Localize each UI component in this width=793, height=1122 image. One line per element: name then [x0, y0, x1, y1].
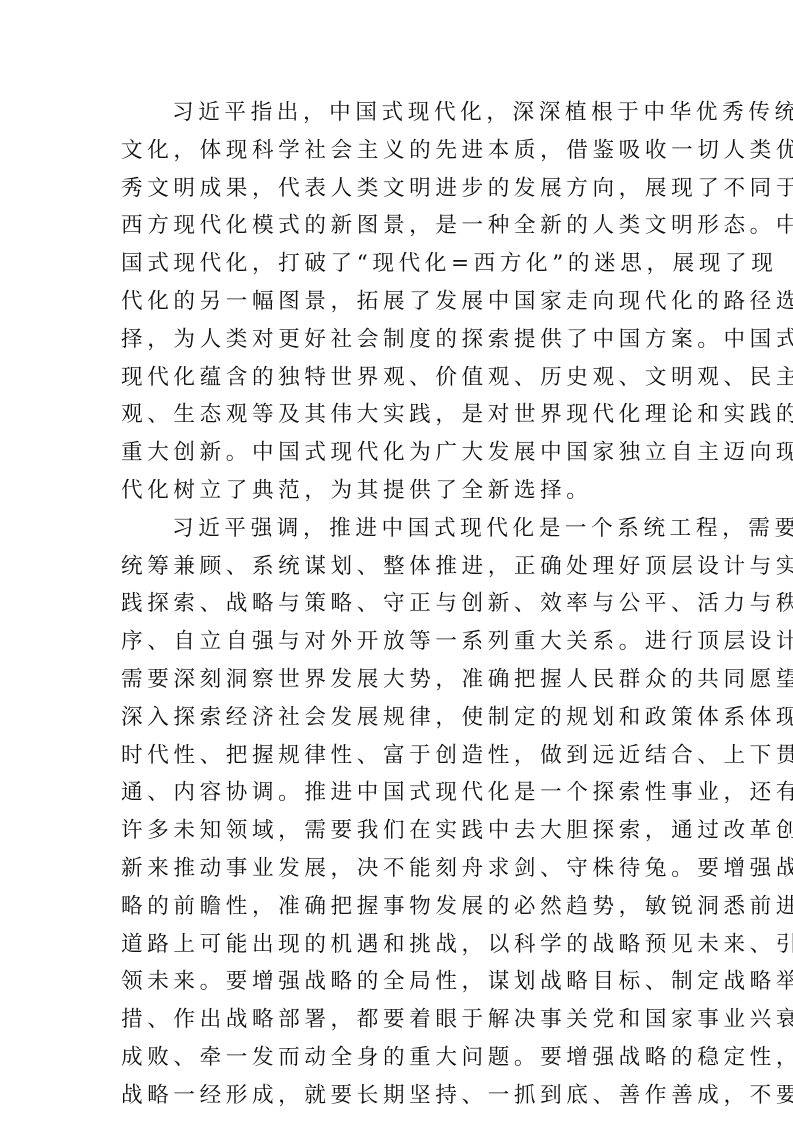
text-line: 道路上可能出现的机遇和挑战，以科学的战略预见未来、引	[121, 926, 673, 964]
document-body: 习近平指出，中国式现代化，深深植根于中华优秀传统 文化，体现科学社会主义的先进本…	[121, 94, 673, 1115]
text-line: 国式现代化，打破了“现代化=西方化”的迷思，展现了现	[121, 245, 673, 283]
text-line: 序、自立自强与对外开放等一系列重大关系。进行顶层设计，	[121, 623, 673, 661]
text-line: 领未来。要增强战略的全局性，谋划战略目标、制定战略举	[121, 963, 673, 1001]
paragraph-2: 习近平强调，推进中国式现代化是一个系统工程，需要 统筹兼顾、系统谋划、整体推进，…	[121, 510, 673, 1115]
text-line: 代化的另一幅图景，拓展了发展中国家走向现代化的路径选	[121, 283, 673, 321]
text-line: 通、内容协调。推进中国式现代化是一个探索性事业，还有	[121, 774, 673, 812]
text-line: 成败、牵一发而动全身的重大问题。要增强战略的稳定性，	[121, 1039, 673, 1077]
text-line: 择，为人类对更好社会制度的探索提供了中国方案。中国式	[121, 321, 673, 359]
text-line: 代化树立了典范，为其提供了全新选择。	[121, 472, 673, 510]
text-line: 措、作出战略部署，都要着眼于解决事关党和国家事业兴衰	[121, 1001, 673, 1039]
text-line: 文化，体现科学社会主义的先进本质，借鉴吸收一切人类优	[121, 132, 673, 170]
text-line: 统筹兼顾、系统谋划、整体推进，正确处理好顶层设计与实	[121, 548, 673, 586]
text-line: 新来推动事业发展，决不能刻舟求剑、守株待兔。要增强战	[121, 850, 673, 888]
document-page: 习近平指出，中国式现代化，深深植根于中华优秀传统 文化，体现科学社会主义的先进本…	[0, 0, 793, 1122]
text-line: 践探索、战略与策略、守正与创新、效率与公平、活力与秩	[121, 585, 673, 623]
text-line: 习近平指出，中国式现代化，深深植根于中华优秀传统	[121, 94, 673, 132]
text-line: 深入探索经济社会发展规律，使制定的规划和政策体系体现	[121, 699, 673, 737]
text-line: 西方现代化模式的新图景，是一种全新的人类文明形态。中	[121, 207, 673, 245]
text-line: 重大创新。中国式现代化为广大发展中国家独立自主迈向现	[121, 434, 673, 472]
text-line: 时代性、把握规律性、富于创造性，做到远近结合、上下贯	[121, 737, 673, 775]
text-line: 许多未知领域，需要我们在实践中去大胆探索，通过改革创	[121, 812, 673, 850]
text-line: 观、生态观等及其伟大实践，是对世界现代化理论和实践的	[121, 396, 673, 434]
text-line: 习近平强调，推进中国式现代化是一个系统工程，需要	[121, 510, 673, 548]
text-line: 略的前瞻性，准确把握事物发展的必然趋势，敏锐洞悉前进	[121, 888, 673, 926]
text-line: 现代化蕴含的独特世界观、价值观、历史观、文明观、民主	[121, 359, 673, 397]
paragraph-1: 习近平指出，中国式现代化，深深植根于中华优秀传统 文化，体现科学社会主义的先进本…	[121, 94, 673, 510]
text-line: 战略一经形成，就要长期坚持、一抓到底、善作善成，不要	[121, 1077, 673, 1115]
text-line: 秀文明成果，代表人类文明进步的发展方向，展现了不同于	[121, 170, 673, 208]
text-line: 需要深刻洞察世界发展大势，准确把握人民群众的共同愿望，	[121, 661, 673, 699]
